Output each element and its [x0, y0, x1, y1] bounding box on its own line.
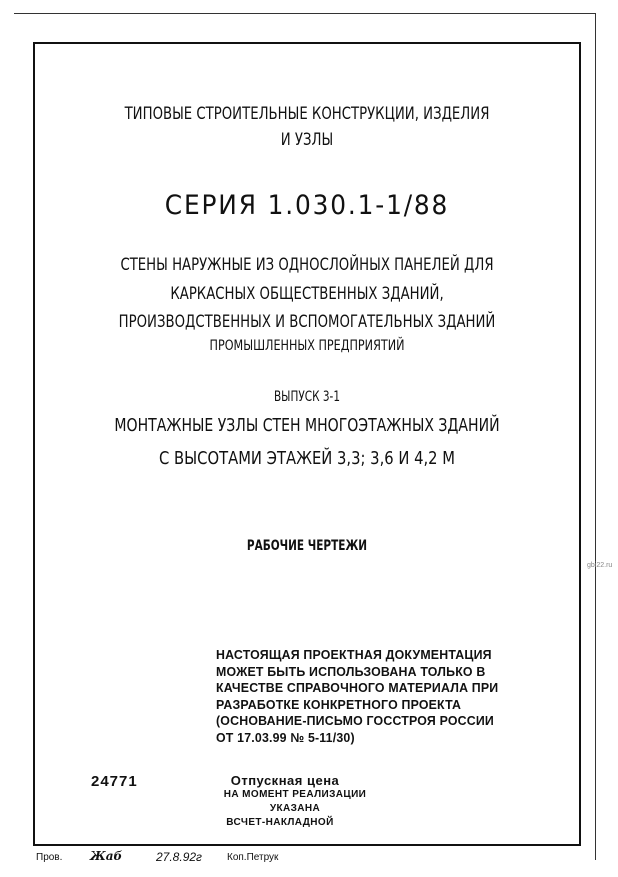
- footer-checked-label: Пров.: [36, 852, 62, 863]
- notice-line: (ОСНОВАНИЕ-ПИСЬМО ГОССТРОЯ РОССИИ: [216, 713, 498, 730]
- footer-signature: Жаб: [90, 849, 122, 863]
- price-line: ВСЧЕТ-НАКЛАДНОЙ: [190, 816, 370, 830]
- footer-copyist: Коп.Петрук: [227, 852, 278, 863]
- issue-title-line-1: МОНТАЖНЫЕ УЗЛЫ СТЕН МНОГОЭТАЖНЫХ ЗДАНИЙ: [93, 415, 520, 436]
- issue-number: ВЫПУСК 3-1: [102, 389, 513, 405]
- price-line: НА МОМЕНТ РЕАЛИЗАЦИИ: [220, 788, 370, 802]
- notice-line: МОЖЕТ БЫТЬ ИСПОЛЬЗОВАНА ТОЛЬКО В: [216, 664, 498, 681]
- footer-date: 27.8.92г: [156, 850, 202, 864]
- price-line: УКАЗАНА: [220, 802, 370, 816]
- header-line-2: И УЗЛЫ: [93, 130, 520, 150]
- price-line: Отпускная цена: [200, 773, 370, 788]
- series-title: СЕРИЯ 1.030.1-1/88: [55, 190, 559, 221]
- description-line-1: СТЕНЫ НАРУЖНЫЕ ИЗ ОДНОСЛОЙНЫХ ПАНЕЛЕЙ ДЛ…: [93, 255, 520, 275]
- document-code: 24771: [91, 773, 138, 790]
- description-line-2: КАРКАСНЫХ ОБЩЕСТВЕННЫХ ЗДАНИЙ,: [93, 284, 520, 304]
- description-line-4: ПРОМЫШЛЕННЫХ ПРЕДПРИЯТИЙ: [88, 338, 526, 354]
- watermark: gbi22.ru: [587, 562, 612, 569]
- description-line-3: ПРОИЗВОДСТВЕННЫХ И ВСПОМОГАТЕЛЬНЫХ ЗДАНИ…: [93, 312, 520, 332]
- header-line-1: ТИПОВЫЕ СТРОИТЕЛЬНЫЕ КОНСТРУКЦИИ, ИЗДЕЛИ…: [93, 104, 520, 124]
- notice-line: КАЧЕСТВЕ СПРАВОЧНОГО МАТЕРИАЛА ПРИ: [216, 680, 498, 697]
- outer-frame-right-line: [595, 13, 596, 860]
- price-stamp: Отпускная цена НА МОМЕНТ РЕАЛИЗАЦИИ УКАЗ…: [180, 773, 370, 830]
- document-type: РАБОЧИЕ ЧЕРТЕЖИ: [102, 538, 513, 554]
- usage-notice: НАСТОЯЩАЯ ПРОЕКТНАЯ ДОКУМЕНТАЦИЯ МОЖЕТ Б…: [216, 647, 498, 746]
- notice-line: ОТ 17.03.99 № 5-11/30): [216, 730, 498, 747]
- issue-title-line-2: С ВЫСОТАМИ ЭТАЖЕЙ 3,3; 3,6 И 4,2 М: [82, 448, 531, 469]
- notice-line: НАСТОЯЩАЯ ПРОЕКТНАЯ ДОКУМЕНТАЦИЯ: [216, 647, 498, 664]
- notice-line: РАЗРАБОТКЕ КОНКРЕТНОГО ПРОЕКТА: [216, 697, 498, 714]
- outer-frame-top-line: [14, 13, 596, 14]
